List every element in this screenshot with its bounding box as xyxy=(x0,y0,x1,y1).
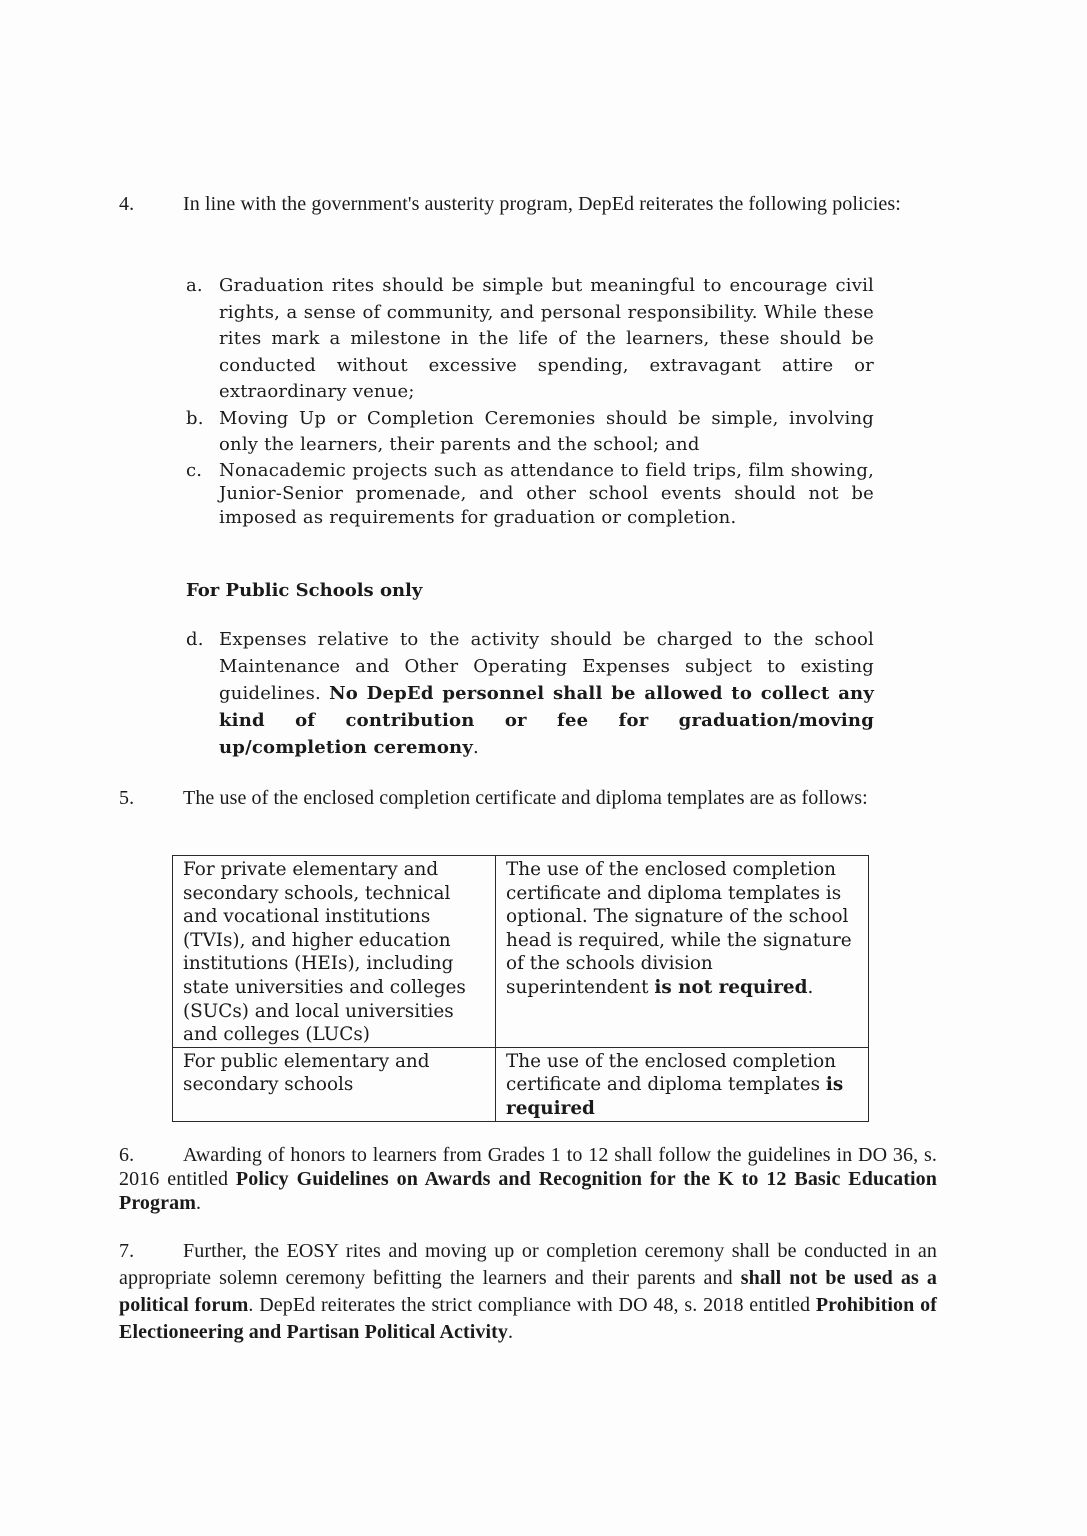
list-marker: b. xyxy=(186,406,204,433)
section-6-end: . xyxy=(196,1192,201,1214)
table-cell-institution: For private elementary and secondary sch… xyxy=(173,856,496,1048)
public-schools-heading: For Public Schools only xyxy=(186,580,422,601)
table-row: For public elementary and secondary scho… xyxy=(173,1047,869,1121)
templates-table: For private elementary and secondary sch… xyxy=(172,855,869,1122)
section-number: 6. xyxy=(119,1143,183,1167)
list-item-d: d. Expenses relative to the activity sho… xyxy=(186,626,874,761)
section-7-text-2: . DepEd reiterates the strict compliance… xyxy=(248,1294,815,1316)
policy-text: The use of the enclosed completion certi… xyxy=(506,1051,836,1096)
list-item-b: b. Moving Up or Completion Ceremonies sh… xyxy=(186,406,874,459)
section-7-paragraph: 7.Further, the EOSY rites and moving up … xyxy=(119,1238,937,1346)
section-7-end: . xyxy=(508,1321,513,1343)
section-6-paragraph: 6.Awarding of honors to learners from Gr… xyxy=(119,1143,937,1215)
table-row: For private elementary and secondary sch… xyxy=(173,856,869,1048)
section-6-bold-text: Policy Guidelines on Awards and Recognit… xyxy=(119,1168,937,1214)
document-page: 4.In line with the government's austerit… xyxy=(0,0,1087,1536)
list-item-text: Nonacademic projects such as attendance … xyxy=(219,460,874,528)
policy-list: a. Graduation rites should be simple but… xyxy=(186,273,874,529)
section-4-paragraph: 4.In line with the government's austerit… xyxy=(119,192,937,216)
list-marker: d. xyxy=(186,626,204,653)
policy-bold-text: is not required xyxy=(654,977,807,998)
list-item-text: Moving Up or Completion Ceremonies shoul… xyxy=(219,408,874,456)
list-item-text: Graduation rites should be simple but me… xyxy=(219,275,874,402)
policy-end: . xyxy=(807,977,813,998)
list-marker: c. xyxy=(186,459,202,482)
section-5-paragraph: 5.The use of the enclosed completion cer… xyxy=(119,786,937,810)
list-item-end: . xyxy=(473,737,479,758)
list-item-c: c. Nonacademic projects such as attendan… xyxy=(186,459,874,529)
table-cell-institution: For public elementary and secondary scho… xyxy=(173,1047,496,1121)
list-marker: a. xyxy=(186,273,203,300)
section-number: 7. xyxy=(119,1238,183,1265)
section-number: 5. xyxy=(119,786,183,810)
table-cell-policy: The use of the enclosed completion certi… xyxy=(496,1047,869,1121)
public-policy-list: d. Expenses relative to the activity sho… xyxy=(186,626,874,761)
table-cell-policy: The use of the enclosed completion certi… xyxy=(496,856,869,1048)
section-5-text: The use of the enclosed completion certi… xyxy=(183,787,868,809)
list-item-a: a. Graduation rites should be simple but… xyxy=(186,273,874,406)
section-4-text: In line with the government's austerity … xyxy=(183,193,901,215)
section-number: 4. xyxy=(119,192,183,216)
